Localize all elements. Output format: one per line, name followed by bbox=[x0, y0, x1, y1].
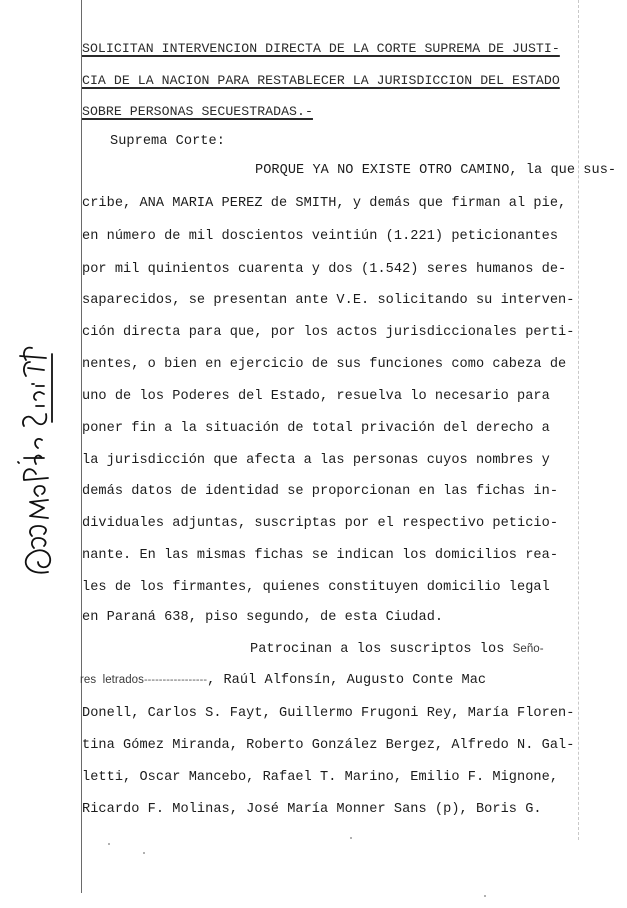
body-line-6: ción directa para que, por los actos jur… bbox=[82, 325, 574, 341]
patrocinan-insert: Seño- bbox=[513, 643, 544, 655]
body-line-14: les de los firmantes, quienes constituye… bbox=[82, 580, 550, 596]
body-line-11: demás datos de identidad se proporcionan… bbox=[82, 484, 558, 500]
body-line-5: saparecidos, se presentan ante V.E. soli… bbox=[82, 293, 574, 309]
body-line-3: en número de mil doscientos veintiún (1.… bbox=[82, 229, 558, 245]
title-line-1: SOLICITAN INTERVENCION DIRECTA DE LA COR… bbox=[82, 41, 560, 57]
scan-speck bbox=[350, 837, 352, 839]
body-line-15: en Paraná 638, piso segundo, de esta Ciu… bbox=[82, 610, 443, 626]
body-line-12: dividuales adjuntas, suscriptas por el r… bbox=[82, 516, 558, 532]
scan-speck bbox=[108, 843, 110, 845]
title-line-2: CIA DE LA NACION PARA RESTABLECER LA JUR… bbox=[82, 73, 560, 89]
letrados-dash-fill: ----------------- bbox=[144, 674, 207, 686]
right-margin-guide bbox=[578, 0, 580, 840]
scan-speck bbox=[143, 852, 145, 854]
letrados-insert: res letrados bbox=[80, 674, 144, 686]
names-line-3: letti, Oscar Mancebo, Rafael T. Marino, … bbox=[82, 770, 558, 786]
body-line-9: poner fin a la situación de total privac… bbox=[82, 421, 550, 437]
body-line-8: uno de los Poderes del Estado, resuelva … bbox=[82, 389, 550, 405]
body-line-13: nante. En las mismas fichas se indican l… bbox=[82, 548, 558, 564]
salutation: Suprema Corte: bbox=[110, 134, 225, 150]
letrados-line: res letrados-----------------, Raúl Alfo… bbox=[80, 672, 486, 689]
body-line-7: nentes, o bien en ejercicio de sus funci… bbox=[82, 357, 566, 373]
document-page: SOLICITAN INTERVENCION DIRECTA DE LA COR… bbox=[0, 0, 627, 908]
patrocinan-line: Patrocinan a los suscriptos los Seño- bbox=[250, 641, 544, 658]
body-line-4: por mil quinientos cuarenta y dos (1.542… bbox=[82, 262, 566, 278]
left-margin-rule bbox=[81, 0, 82, 893]
names-line-4: Ricardo F. Molinas, José María Monner Sa… bbox=[82, 802, 542, 818]
letrados-text: , Raúl Alfonsín, Augusto Conte Mac bbox=[207, 673, 486, 688]
title-line-3: SOBRE PERSONAS SECUESTRADAS.- bbox=[82, 104, 313, 120]
names-line-2: tina Gómez Miranda, Roberto González Ber… bbox=[82, 738, 574, 754]
body-line-2: cribe, ANA MARIA PEREZ de SMITH, y demás… bbox=[82, 196, 566, 212]
signature-scribble-icon bbox=[8, 340, 68, 580]
names-line-1: Donell, Carlos S. Fayt, Guillermo Frugon… bbox=[82, 706, 574, 722]
body-line-1: PORQUE YA NO EXISTE OTRO CAMINO, la que … bbox=[255, 163, 616, 179]
body-line-10: la jurisdicción que afecta a las persona… bbox=[82, 453, 550, 469]
handwritten-signature bbox=[8, 340, 68, 580]
scan-speck bbox=[484, 895, 486, 897]
patrocinan-text: Patrocinan a los suscriptos los bbox=[250, 642, 504, 657]
